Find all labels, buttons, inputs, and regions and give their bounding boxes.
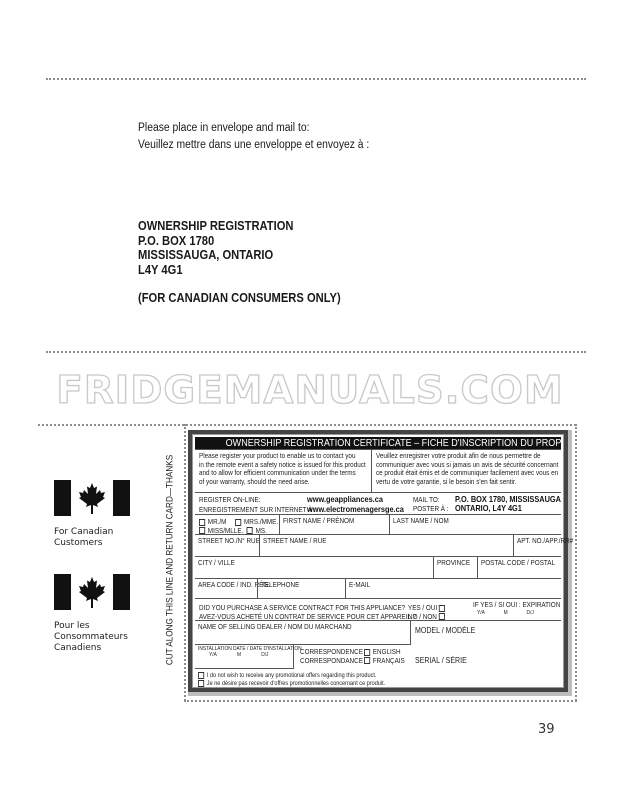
cut-line-card-top: [38, 424, 576, 426]
cut-line-card-right: [575, 424, 577, 701]
correspondence-label: CORRESPONDENCECORRESPONDANCE: [300, 648, 363, 665]
address-line: P.O. BOX 1780: [138, 234, 341, 249]
street-row: STREET NO./N° RUE STREET NAME / RUE APT.…: [195, 534, 561, 557]
province-field[interactable]: PROVINCE: [433, 557, 477, 579]
mailing-address: OWNERSHIP REGISTRATION P.O. BOX 1780 MIS…: [138, 219, 341, 306]
cut-line-top: [46, 78, 586, 80]
name-row: MR./M MRS./MME. MISS/MLLE. MS. FIRST NAM…: [195, 514, 561, 535]
telephone-field[interactable]: TELEPHONE: [257, 579, 345, 599]
optout-fr-checkbox[interactable]: Je ne désire pas recevoir d'offres promo…: [198, 680, 385, 688]
page-number: 39: [538, 722, 555, 737]
dealer-field[interactable]: NAME OF SELLING DEALER / NOM DU MARCHAND: [195, 621, 410, 645]
first-name-field[interactable]: FIRST NAME / PRÉNOM: [279, 515, 389, 535]
apt-field[interactable]: APT. NO./APP./RR#: [513, 535, 561, 557]
street-name-field[interactable]: STREET NAME / RUE: [259, 535, 513, 557]
flag-caption-en: For Canadian Customers: [54, 527, 130, 549]
cut-instruction: CUT ALONG THIS LINE AND RETURN CARD—THAN…: [165, 455, 176, 665]
optout-en-checkbox[interactable]: I do not wish to receive any promotional…: [198, 672, 385, 680]
city-field[interactable]: CITY / VILLE: [195, 557, 433, 579]
installation-date-field[interactable]: INSTALLATION DATE / DATE D'INSTALLATION …: [195, 644, 294, 669]
intro-row: Please register your product to enable u…: [195, 449, 561, 493]
service-contract-row: DID YOU PURCHASE A SERVICE CONTRACT FOR …: [195, 598, 561, 621]
mailing-instructions-en: Please place in envelope and mail to:: [138, 120, 369, 137]
watermark: FRIDGEMANUALS.COM: [0, 368, 620, 412]
intro-fr: Veuillez enregistrer votre produit afin …: [376, 452, 558, 486]
register-online-url[interactable]: www.geappliances.ca: [307, 495, 383, 504]
service-question: DID YOU PURCHASE A SERVICE CONTRACT FOR …: [199, 604, 416, 621]
flag-block-english: For Canadian Customers: [54, 480, 130, 549]
register-online-row: REGISTER ON-LINE: www.geappliances.ca EN…: [195, 492, 561, 515]
canadian-only-note: (FOR CANADIAN CONSUMERS ONLY): [138, 291, 341, 306]
cut-line-card-left: [184, 424, 186, 701]
address-line: OWNERSHIP REGISTRATION: [138, 219, 341, 234]
canada-flag-icon: [54, 574, 130, 610]
address-line: MISSISSAUGA, ONTARIO: [138, 248, 341, 263]
street-no-field[interactable]: STREET NO./N° RUE: [195, 535, 259, 557]
city-row: CITY / VILLE PROVINCE POSTAL CODE / POST…: [195, 556, 561, 579]
model-field[interactable]: MODEL / MODÈLE: [410, 621, 561, 645]
last-name-field[interactable]: LAST NAME / NOM: [389, 515, 561, 535]
area-code-field[interactable]: AREA CODE / IND. RÉG.: [195, 579, 257, 599]
canada-flag-icon: [54, 480, 130, 516]
registration-card: OWNERSHIP REGISTRATION CERTIFICATE – FIC…: [188, 430, 568, 692]
dealer-row: NAME OF SELLING DEALER / NOM DU MARCHAND…: [195, 620, 561, 645]
flag-caption-fr: Pour les Consommateurs Canadiens: [54, 621, 130, 654]
poster-label: POSTER À :: [413, 505, 449, 514]
expiration-label: IF YES / SI OUI : EXPIRATION: [473, 601, 560, 610]
register-online-label: REGISTER ON-LINE:: [199, 496, 261, 505]
flag-block-french: Pour les Consommateurs Canadiens: [54, 574, 130, 654]
mailing-instructions: Please place in envelope and mail to: Ve…: [138, 120, 369, 154]
address-line: L4Y 4G1: [138, 263, 341, 278]
mailing-instructions-fr: Veuillez mettre dans une enveloppe et en…: [138, 137, 369, 154]
phone-row: AREA CODE / IND. RÉG. TELEPHONE E-MAIL: [195, 578, 561, 599]
title-checkboxes: MR./M MRS./MME. MISS/MLLE. MS.: [199, 518, 278, 535]
postal-code-field[interactable]: POSTAL CODE / POSTAL: [477, 557, 561, 579]
register-fr-url[interactable]: www.electromenagersge.ca: [307, 505, 404, 514]
mail-address-2: ONTARIO, L4Y 4G1: [455, 504, 522, 513]
cut-line-card-bottom: [184, 700, 577, 702]
expiration-date-field[interactable]: Y/A M D/J: [477, 610, 534, 616]
intro-en: Please register your product to enable u…: [199, 452, 366, 486]
language-french-checkbox[interactable]: FRANÇAIS: [364, 657, 405, 666]
email-field[interactable]: E-MAIL: [345, 579, 561, 599]
cut-line-middle: [46, 351, 586, 353]
certificate-title: OWNERSHIP REGISTRATION CERTIFICATE – FIC…: [195, 437, 561, 449]
serial-field[interactable]: SERIAL / SÉRIE: [415, 657, 467, 666]
